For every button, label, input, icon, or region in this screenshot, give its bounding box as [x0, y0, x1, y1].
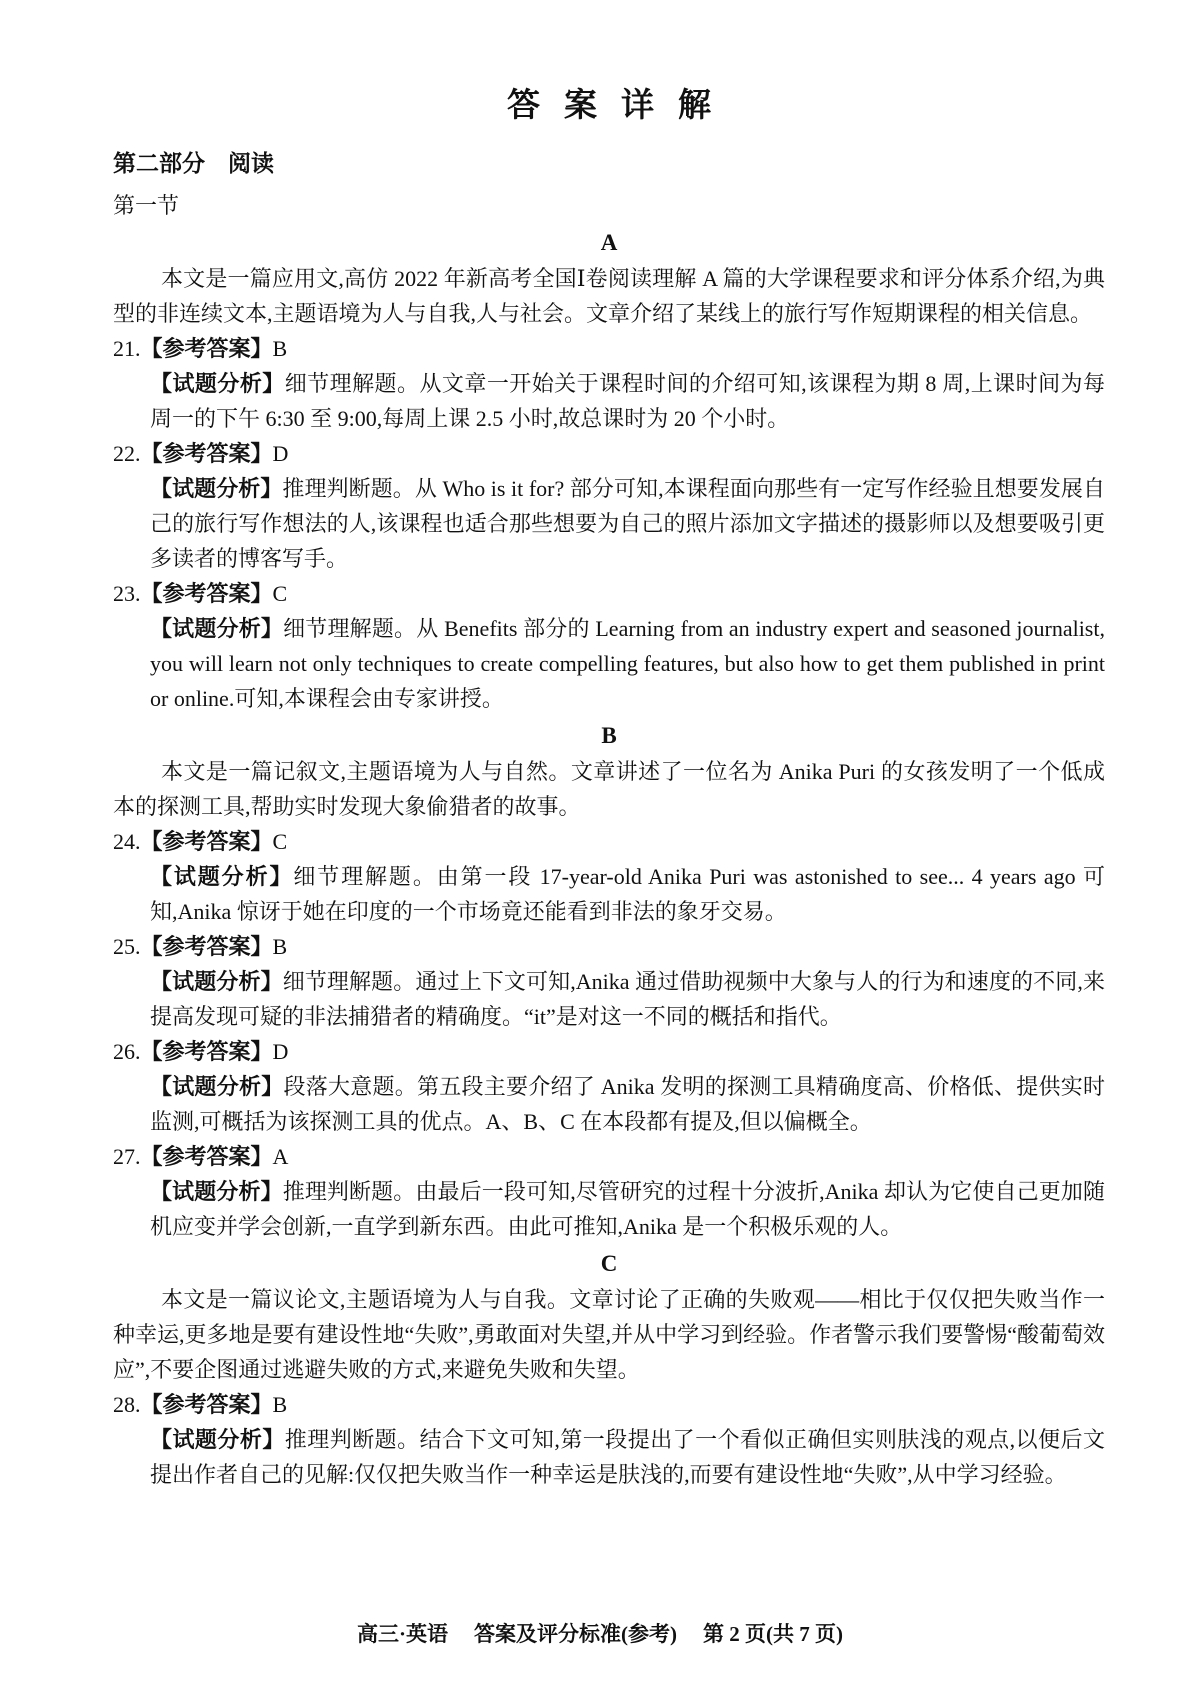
- page-title: 答案详解: [113, 84, 1129, 126]
- answer-line: 26.【参考答案】D: [113, 1034, 1105, 1069]
- answer-item: 21.【参考答案】B 【试题分析】细节理解题。从文章一开始关于课程时间的介绍可知…: [113, 331, 1105, 436]
- analysis-text: 推理判断题。由最后一段可知,尽管研究的过程十分波折,Anika 却认为它使自己更…: [150, 1179, 1105, 1239]
- page-footer: 高三·英语答案及评分标准(参考)第 2 页(共 7 页): [0, 1619, 1200, 1649]
- analysis-label: 【试题分析】: [150, 1427, 285, 1452]
- answer-line: 21.【参考答案】B: [113, 331, 1105, 366]
- analysis-paragraph: 【试题分析】推理判断题。由最后一段可知,尽管研究的过程十分波折,Anika 却认…: [150, 1174, 1105, 1244]
- answer-item: 23.【参考答案】C 【试题分析】细节理解题。从 Benefits 部分的 Le…: [113, 576, 1105, 716]
- footer-doc-title: 答案及评分标准(参考): [474, 1622, 677, 1646]
- answer-line: 28.【参考答案】B: [113, 1387, 1105, 1422]
- analysis-label: 【试题分析】: [150, 969, 283, 994]
- question-number: 21.: [113, 336, 141, 361]
- question-number: 23.: [113, 581, 141, 606]
- analysis-paragraph: 【试题分析】段落大意题。第五段主要介绍了 Anika 发明的探测工具精确度高、价…: [150, 1069, 1105, 1139]
- section-heading: 第一节: [113, 188, 1105, 223]
- question-number: 26.: [113, 1039, 141, 1064]
- analysis-text: 细节理解题。由第一段 17-year-old Anika Puri was as…: [150, 864, 1105, 924]
- analysis-label: 【试题分析】: [150, 616, 283, 641]
- answer-item: 26.【参考答案】D 【试题分析】段落大意题。第五段主要介绍了 Anika 发明…: [113, 1034, 1105, 1139]
- answer-item: 25.【参考答案】B 【试题分析】细节理解题。通过上下文可知,Anika 通过借…: [113, 929, 1105, 1034]
- question-number: 22.: [113, 441, 141, 466]
- answer-letter: B: [273, 336, 288, 361]
- answer-label: 【参考答案】: [141, 336, 273, 361]
- analysis-text: 推理判断题。从 Who is it for? 部分可知,本课程面向那些有一定写作…: [150, 476, 1105, 571]
- part-heading: 第二部分 阅读: [113, 148, 1105, 178]
- passage-letter: C: [113, 1245, 1105, 1282]
- analysis-text: 推理判断题。结合下文可知,第一段提出了一个看似正确但实则肤浅的观点,以便后文提出…: [150, 1427, 1105, 1487]
- analysis-label: 【试题分析】: [150, 864, 293, 889]
- passage-intro: 本文是一篇应用文,高仿 2022 年新高考全国Ⅰ卷阅读理解 A 篇的大学课程要求…: [113, 261, 1105, 331]
- analysis-label: 【试题分析】: [150, 1074, 284, 1099]
- question-number: 28.: [113, 1392, 141, 1417]
- passage-b: B 本文是一篇记叙文,主题语境为人与自然。文章讲述了一位名为 Anika Pur…: [113, 717, 1105, 1244]
- answer-label: 【参考答案】: [141, 829, 273, 854]
- answer-line: 27.【参考答案】A: [113, 1139, 1105, 1174]
- question-number: 27.: [113, 1144, 141, 1169]
- answer-line: 23.【参考答案】C: [113, 576, 1105, 611]
- analysis-label: 【试题分析】: [150, 476, 282, 501]
- analysis-label: 【试题分析】: [150, 1179, 283, 1204]
- answer-item: 27.【参考答案】A 【试题分析】推理判断题。由最后一段可知,尽管研究的过程十分…: [113, 1139, 1105, 1244]
- answer-label: 【参考答案】: [141, 1039, 273, 1064]
- analysis-paragraph: 【试题分析】细节理解题。由第一段 17-year-old Anika Puri …: [150, 859, 1105, 929]
- answer-letter: C: [273, 581, 288, 606]
- answer-label: 【参考答案】: [141, 1392, 273, 1417]
- answer-label: 【参考答案】: [141, 934, 273, 959]
- answer-label: 【参考答案】: [141, 441, 273, 466]
- answer-letter: D: [273, 441, 289, 466]
- analysis-paragraph: 【试题分析】推理判断题。从 Who is it for? 部分可知,本课程面向那…: [150, 471, 1105, 576]
- analysis-paragraph: 【试题分析】细节理解题。通过上下文可知,Anika 通过借助视频中大象与人的行为…: [150, 964, 1105, 1034]
- answer-letter: B: [273, 1392, 288, 1417]
- answer-letter: A: [273, 1144, 289, 1169]
- analysis-text: 细节理解题。从文章一开始关于课程时间的介绍可知,该课程为期 8 周,上课时间为每…: [150, 371, 1105, 431]
- passage-intro: 本文是一篇议论文,主题语境为人与自我。文章讨论了正确的失败观——相比于仅仅把失败…: [113, 1282, 1105, 1387]
- answer-letter: B: [273, 934, 288, 959]
- answer-item: 24.【参考答案】C 【试题分析】细节理解题。由第一段 17-year-old …: [113, 824, 1105, 929]
- answer-item: 28.【参考答案】B 【试题分析】推理判断题。结合下文可知,第一段提出了一个看似…: [113, 1387, 1105, 1492]
- passage-a: A 本文是一篇应用文,高仿 2022 年新高考全国Ⅰ卷阅读理解 A 篇的大学课程…: [113, 224, 1105, 716]
- question-number: 25.: [113, 934, 141, 959]
- footer-page-number: 第 2 页(共 7 页): [703, 1622, 843, 1646]
- passage-letter: A: [113, 224, 1105, 261]
- passage-letter: B: [113, 717, 1105, 754]
- analysis-paragraph: 【试题分析】推理判断题。结合下文可知,第一段提出了一个看似正确但实则肤浅的观点,…: [150, 1422, 1105, 1492]
- answer-key-page: 答案详解 第二部分 阅读 第一节 A 本文是一篇应用文,高仿 2022 年新高考…: [0, 0, 1200, 1687]
- answer-letter: C: [273, 829, 288, 854]
- answer-label: 【参考答案】: [141, 581, 273, 606]
- answer-item: 22.【参考答案】D 【试题分析】推理判断题。从 Who is it for? …: [113, 436, 1105, 576]
- answer-letter: D: [273, 1039, 289, 1064]
- passage-c: C 本文是一篇议论文,主题语境为人与自我。文章讨论了正确的失败观——相比于仅仅把…: [113, 1245, 1105, 1492]
- footer-course: 高三·英语: [357, 1622, 448, 1646]
- analysis-text: 细节理解题。通过上下文可知,Anika 通过借助视频中大象与人的行为和速度的不同…: [150, 969, 1105, 1029]
- analysis-paragraph: 【试题分析】细节理解题。从文章一开始关于课程时间的介绍可知,该课程为期 8 周,…: [150, 366, 1105, 436]
- question-number: 24.: [113, 829, 141, 854]
- analysis-text: 段落大意题。第五段主要介绍了 Anika 发明的探测工具精确度高、价格低、提供实…: [150, 1074, 1105, 1134]
- analysis-label: 【试题分析】: [150, 371, 285, 396]
- answer-line: 25.【参考答案】B: [113, 929, 1105, 964]
- answer-line: 22.【参考答案】D: [113, 436, 1105, 471]
- answer-line: 24.【参考答案】C: [113, 824, 1105, 859]
- passage-intro: 本文是一篇记叙文,主题语境为人与自然。文章讲述了一位名为 Anika Puri …: [113, 754, 1105, 824]
- analysis-paragraph: 【试题分析】细节理解题。从 Benefits 部分的 Learning from…: [150, 611, 1105, 716]
- answer-label: 【参考答案】: [141, 1144, 273, 1169]
- analysis-text: 细节理解题。从 Benefits 部分的 Learning from an in…: [150, 616, 1105, 711]
